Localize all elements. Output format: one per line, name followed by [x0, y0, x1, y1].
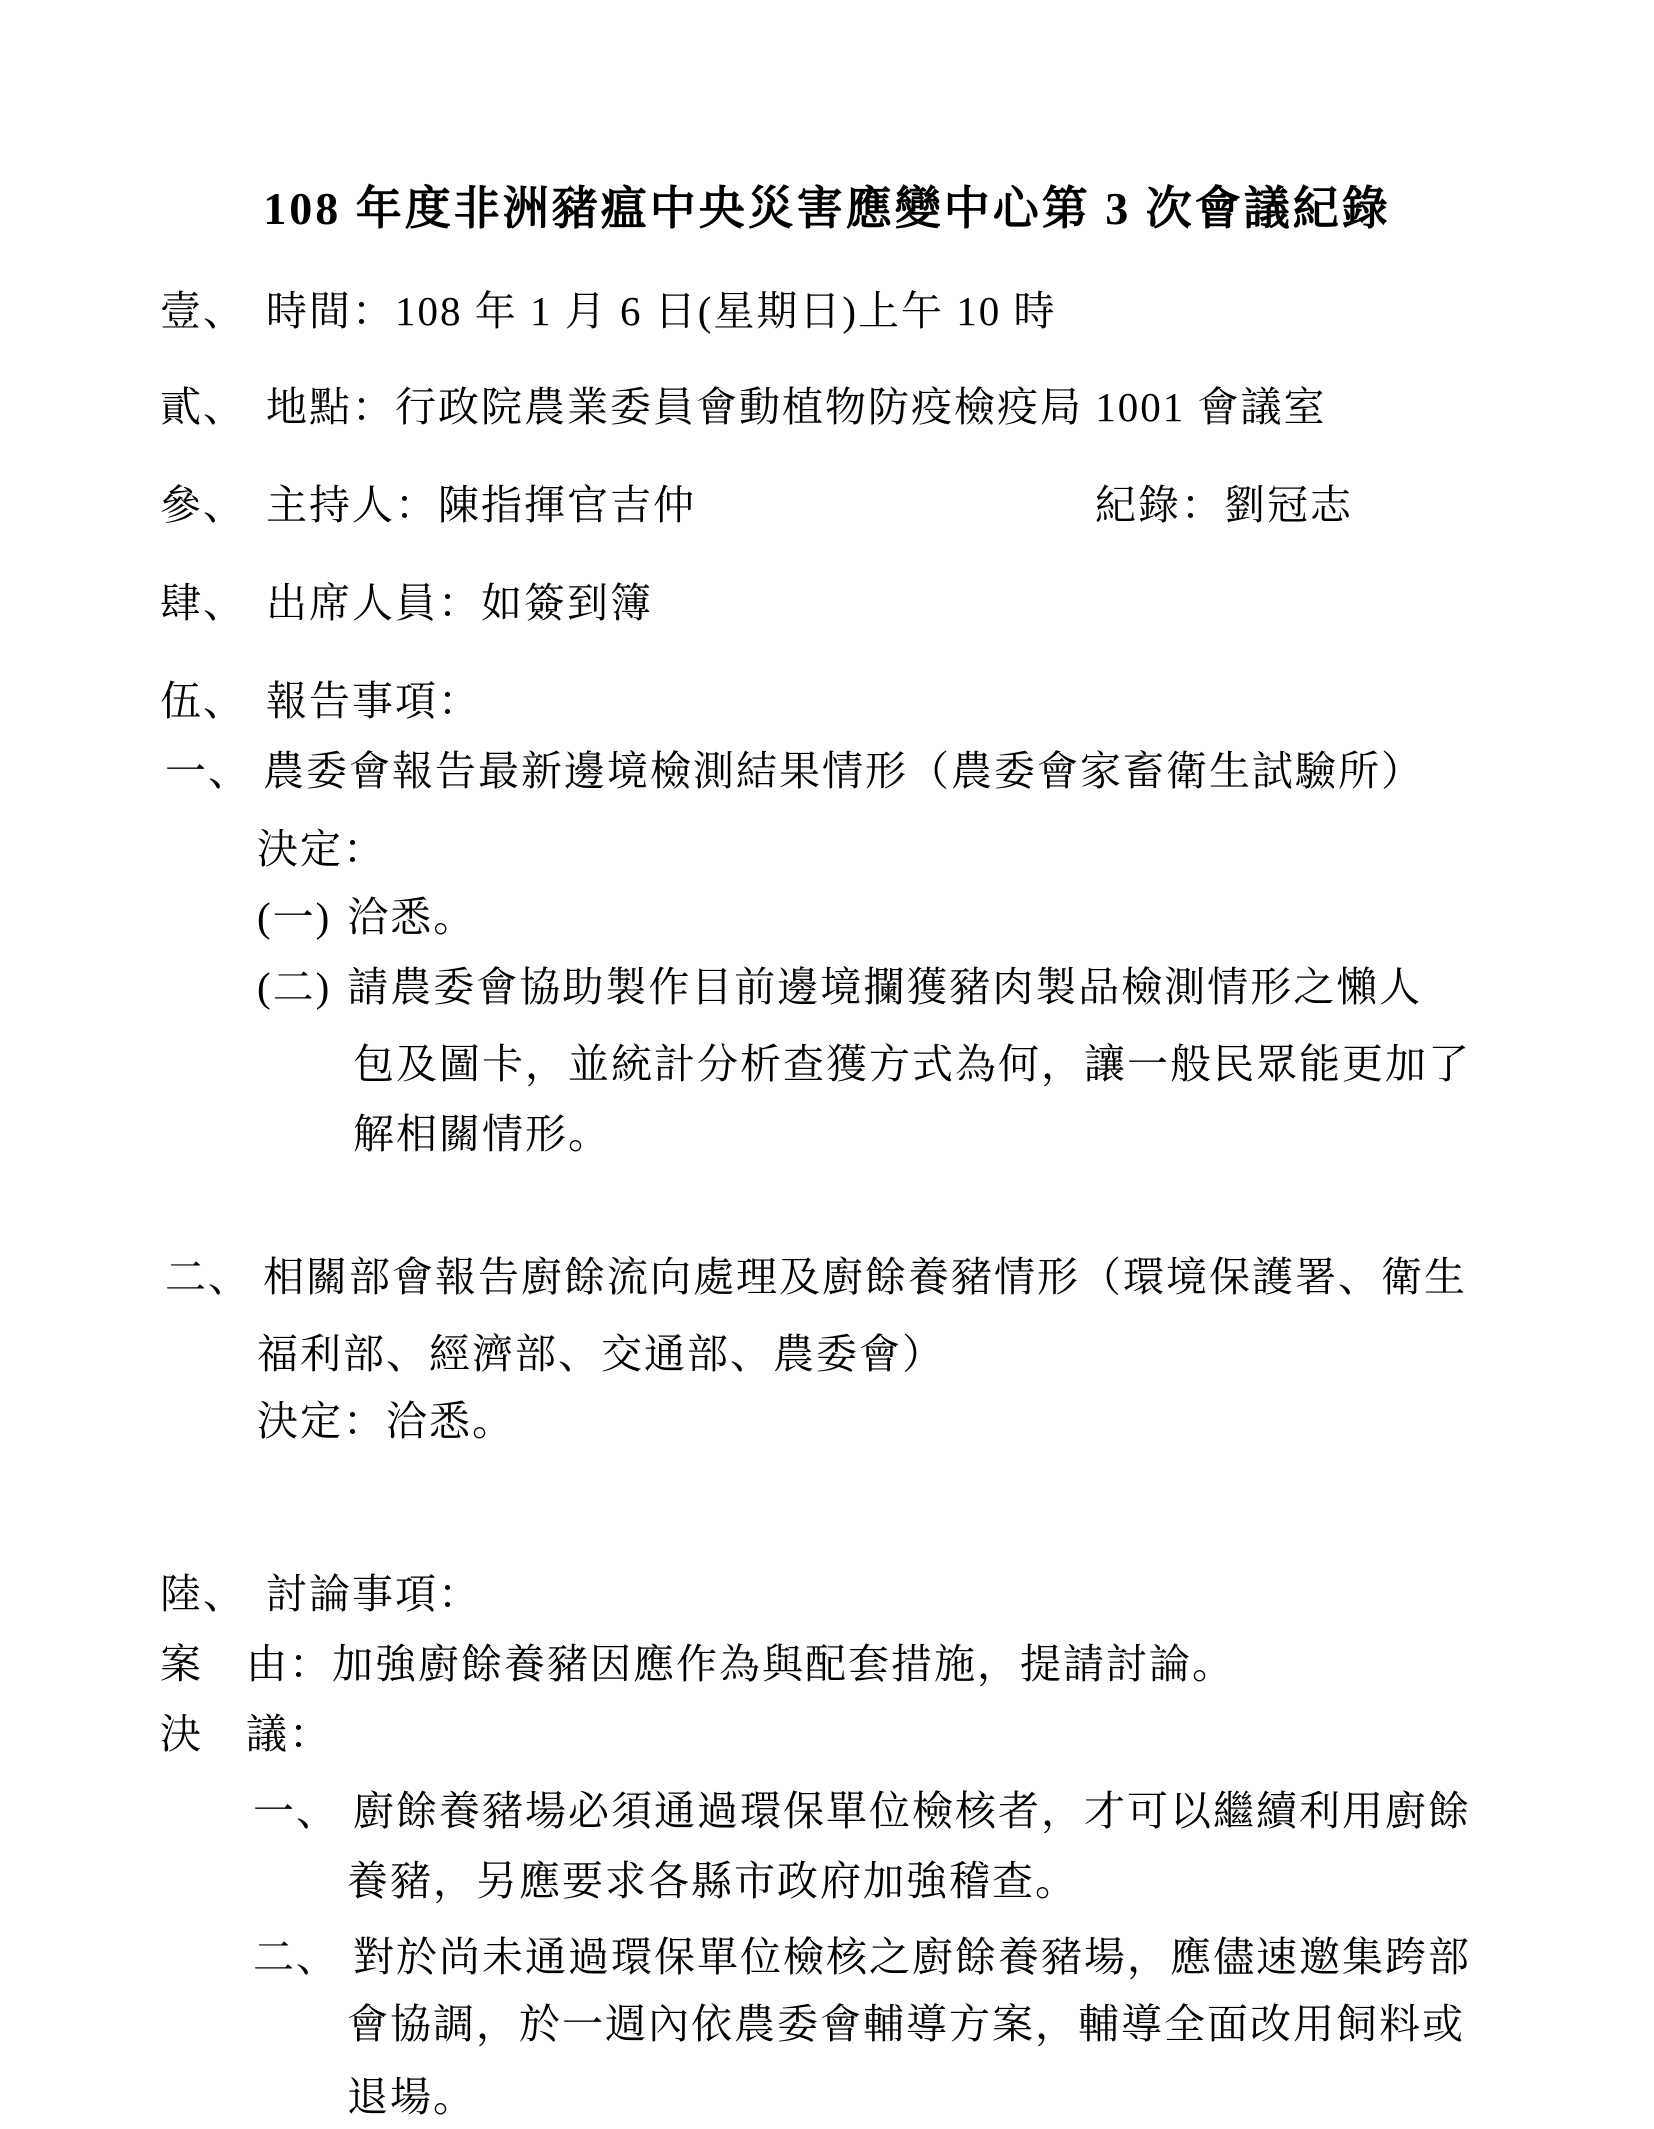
- report-text: 農委會報告最新邊境檢測結果情形（農委會家畜衛生試驗所）: [263, 748, 1424, 794]
- report-1-decision-label: 決定：: [0, 825, 1654, 873]
- resolution-text: 對於尚未通過環保單位檢核之廚餘養豬場，應儘速邀集跨部: [353, 1934, 1471, 1980]
- report-1-decision-2-cont: 解相關情形。: [0, 1110, 1654, 1158]
- report-1-decision-1: (一)洽悉。: [0, 893, 1654, 941]
- item-number: 壹、: [160, 287, 246, 335]
- item-number: (一): [257, 893, 331, 941]
- meta-line-attendees: 肆、出席人員：如簽到簿: [0, 579, 1654, 627]
- meta-line-time: 壹、時間：108 年 1 月 6 日(星期日)上午 10 時: [0, 287, 1654, 335]
- meta-text: 時間：108 年 1 月 6 日(星期日)上午 10 時: [266, 288, 1057, 334]
- item-number: 參、: [160, 481, 246, 529]
- report-2-cont: 福利部、經濟部、交通部、農委會）: [0, 1330, 1654, 1378]
- document-title: 108 年度非洲豬瘟中央災害應變中心第 3 次會議紀錄: [0, 0, 1654, 235]
- discussion-resolution-label: 決 議：: [0, 1710, 1654, 1758]
- resolution-item-2: 二、對於尚未通過環保單位檢核之廚餘養豬場，應儘速邀集跨部: [0, 1933, 1654, 1981]
- meta-text: 報告事項：: [266, 678, 481, 724]
- report-2-decision: 決定：洽悉。: [0, 1397, 1654, 1445]
- resolution-text: 廚餘養豬場必須通過環保單位檢核者，才可以繼續利用廚餘: [353, 1788, 1471, 1834]
- item-number: 肆、: [160, 579, 246, 627]
- meta-text: 討論事項：: [266, 1571, 481, 1617]
- discussion-case-line: 案 由：加強廚餘養豬因應作為與配套措施，提請討論。: [0, 1640, 1654, 1688]
- resolution-item-1: 一、廚餘養豬場必須通過環保單位檢核者，才可以繼續利用廚餘: [0, 1787, 1654, 1835]
- report-item-1: 一、農委會報告最新邊境檢測結果情形（農委會家畜衛生試驗所）: [0, 747, 1654, 795]
- item-number: 一、: [165, 747, 251, 795]
- resolution-2-cont: 會協調，於一週內依農委會輔導方案，輔導全面改用飼料或: [0, 2000, 1654, 2048]
- resolution-2-cont: 退場。: [0, 2073, 1654, 2121]
- meta-text: 主持人：陳指揮官吉仲: [266, 482, 696, 528]
- report-text: 相關部會報告廚餘流向處理及廚餘養豬情形（環境保護署、衛生: [263, 1254, 1467, 1300]
- resolution-1-cont: 養豬，另應要求各縣市政府加強稽查。: [0, 1857, 1654, 1905]
- item-number: 二、: [253, 1933, 339, 1981]
- item-number: 一、: [253, 1787, 339, 1835]
- section-heading-discussion: 陸、討論事項：: [0, 1570, 1654, 1618]
- meta-text: 地點：行政院農業委員會動植物防疫檢疫局 1001 會議室: [266, 384, 1327, 430]
- item-number: 伍、: [160, 677, 246, 725]
- item-number: 貳、: [160, 383, 246, 431]
- document-page: 108 年度非洲豬瘟中央災害應變中心第 3 次會議紀錄 壹、時間：108 年 1…: [0, 0, 1654, 2129]
- decision-text: 洽悉。: [347, 894, 476, 940]
- section-heading-reports: 伍、報告事項：: [0, 677, 1654, 725]
- meta-line-chair: 參、主持人：陳指揮官吉仲 紀錄：劉冠志: [0, 481, 1654, 529]
- item-number: 陸、: [160, 1570, 246, 1618]
- item-number: (二): [257, 963, 331, 1011]
- report-item-2: 二、相關部會報告廚餘流向處理及廚餘養豬情形（環境保護署、衛生: [0, 1253, 1654, 1301]
- report-1-decision-2: (二)請農委會協助製作目前邊境攔獲豬肉製品檢測情形之懶人: [0, 963, 1654, 1011]
- item-number: 二、: [165, 1253, 251, 1301]
- recorder-note: 紀錄：劉冠志: [1095, 481, 1353, 529]
- decision-text: 請農委會協助製作目前邊境攔獲豬肉製品檢測情形之懶人: [347, 964, 1422, 1010]
- report-1-decision-2-cont: 包及圖卡，並統計分析查獲方式為何，讓一般民眾能更加了: [0, 1040, 1654, 1088]
- meta-text: 出席人員：如簽到簿: [266, 580, 653, 626]
- meta-line-place: 貳、地點：行政院農業委員會動植物防疫檢疫局 1001 會議室: [0, 383, 1654, 431]
